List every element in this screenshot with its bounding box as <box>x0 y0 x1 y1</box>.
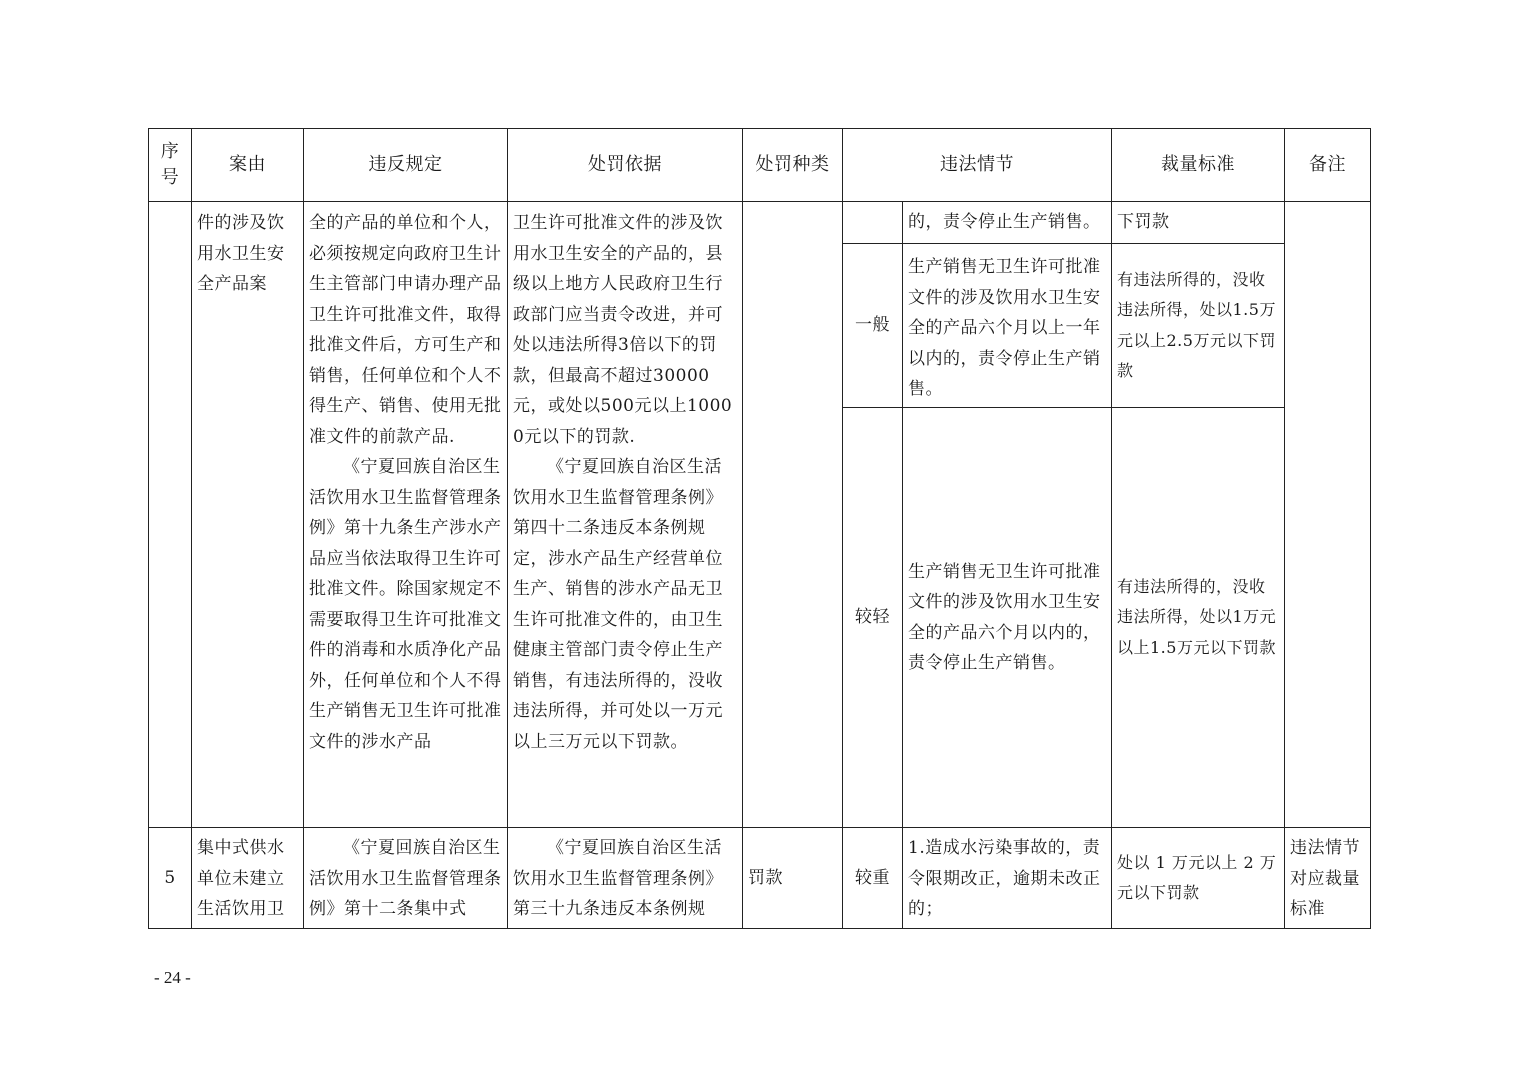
standard-text-minor: 有违法所得的，没收违法所得，处以1万元以上1.5万元以下罚款 <box>1117 572 1280 664</box>
header-penalty-basis: 处罚依据 <box>507 128 743 202</box>
standard-cell-general: 有违法所得的，没收违法所得，处以1.5万元以上2.5万元以下罚款 <box>1111 243 1285 408</box>
row5-violated-rule-cell: 《宁夏回族自治区生活饮用水卫生监督管理条例》第十二条集中式 <box>303 827 508 929</box>
violated-rule-para-2: 《宁夏回族自治区生活饮用水卫生监督管理条例》第十九条生产涉水产品应当依法取得卫生… <box>309 452 503 757</box>
circumstance-cell-general: 生产销售无卫生许可批准文件的涉及饮用水卫生安全的产品六个月以上一年以内的，责令停… <box>902 243 1112 408</box>
row5-remarks-cell: 违法情节对应裁量标准 <box>1284 827 1371 929</box>
row4-penalty-type-cell <box>742 201 843 828</box>
row5-standard-cell: 处以 1 万元以上 2 万元以下罚款 <box>1111 827 1285 929</box>
header-penalty-type: 处罚种类 <box>742 128 843 202</box>
circumstance-cell-minor: 生产销售无卫生许可批准文件的涉及饮用水卫生安全的产品六个月以内的，责令停止生产销… <box>902 407 1112 828</box>
level-cell-general: 一般 <box>842 243 903 408</box>
row4-penalty-basis-cell: 卫生许可批准文件的涉及饮用水卫生安全的产品的，县级以上地方人民政府卫生行政部门应… <box>507 201 743 828</box>
row4-seq-cell <box>148 201 192 828</box>
page-number: - 24 - <box>154 968 191 988</box>
standard-cell-cont: 下罚款 <box>1111 201 1285 244</box>
document-page: 序号 案由 违反规定 处罚依据 处罚种类 违法情节 裁量标准 备注 件的涉及饮用… <box>0 0 1520 1074</box>
row5-case-cell: 集中式供水单位未建立生活饮用卫 <box>191 827 304 929</box>
circumstance-cell-cont: 的，责令停止生产销售。 <box>902 201 1112 244</box>
header-violated-rule: 违反规定 <box>303 128 508 202</box>
header-standard: 裁量标准 <box>1111 128 1285 202</box>
violated-rule-para-1: 全的产品的单位和个人，必须按规定向政府卫生计生主管部门申请办理产品卫生许可批准文… <box>309 208 503 452</box>
penalty-basis-para-1: 卫生许可批准文件的涉及饮用水卫生安全的产品的，县级以上地方人民政府卫生行政部门应… <box>513 208 738 452</box>
row5-circumstance-cell: 1.造成水污染事故的，责令限期改正，逾期未改正的； <box>902 827 1112 929</box>
penalty-type-text: 罚款 <box>748 863 783 894</box>
header-case: 案由 <box>191 128 304 202</box>
level-cell-cont <box>842 201 903 244</box>
level-cell-minor: 较轻 <box>842 407 903 828</box>
circumstance-text-minor: 生产销售无卫生许可批准文件的涉及饮用水卫生安全的产品六个月以内的，责令停止生产销… <box>908 557 1107 679</box>
row5-penalty-basis-cell: 《宁夏回族自治区生活饮用水卫生监督管理条例》第三十九条违反本条例规 <box>507 827 743 929</box>
row4-case-cell: 件的涉及饮用水卫生安全产品案 <box>191 201 304 828</box>
header-seq: 序号 <box>148 128 192 202</box>
standard-cell-minor: 有违法所得的，没收违法所得，处以1万元以上1.5万元以下罚款 <box>1111 407 1285 828</box>
header-remarks: 备注 <box>1284 128 1371 202</box>
row4-violated-rule-cell: 全的产品的单位和个人，必须按规定向政府卫生计生主管部门申请办理产品卫生许可批准文… <box>303 201 508 828</box>
row5-seq-cell: 5 <box>148 827 192 929</box>
row5-standard-text: 处以 1 万元以上 2 万元以下罚款 <box>1117 848 1280 909</box>
header-circumstances: 违法情节 <box>842 128 1112 202</box>
row4-remarks-cell <box>1284 201 1371 828</box>
penalty-basis-para-2: 《宁夏回族自治区生活饮用水卫生监督管理条例》第四十二条违反本条例规定，涉水产品生… <box>513 452 738 757</box>
standard-text-general: 有违法所得的，没收违法所得，处以1.5万元以上2.5万元以下罚款 <box>1117 265 1280 387</box>
row5-penalty-type-cell: 罚款 <box>742 827 843 929</box>
discretion-standard-table: 序号 案由 违反规定 处罚依据 处罚种类 违法情节 裁量标准 备注 件的涉及饮用… <box>148 128 1371 929</box>
row5-level-cell: 较重 <box>842 827 903 929</box>
